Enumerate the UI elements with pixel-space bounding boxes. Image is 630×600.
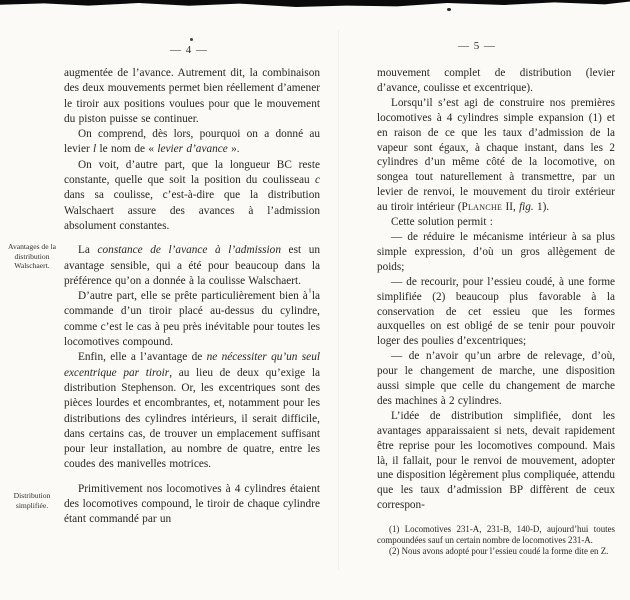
body-text: mouvement complet de distribution (levie… bbox=[377, 67, 615, 94]
scan-artifact-top-tear bbox=[0, 0, 630, 8]
body-text: — de n’avoir qu’un arbre de relevage, d’… bbox=[377, 350, 615, 407]
body-text: — de réduire le mécanisme intérieur à sa… bbox=[377, 231, 615, 273]
paragraph: La constance de l’avance à l’admission e… bbox=[64, 243, 320, 289]
paragraph: — de n’avoir qu’un arbre de relevage, d’… bbox=[377, 349, 615, 409]
body-text: Primitivement nos locomotives à 4 cylind… bbox=[64, 483, 320, 526]
body-text: L’idée de distribution simplifiée, dont … bbox=[377, 410, 615, 511]
page-number-left: — 4 — bbox=[64, 44, 314, 56]
paragraph: augmentée de l’avance. Autrement dit, la… bbox=[64, 66, 320, 127]
page-gutter-shadow bbox=[338, 30, 339, 570]
body-text: ». bbox=[228, 143, 240, 155]
paragraph: — de recourir, pour l’essieu coudé, à un… bbox=[377, 275, 615, 350]
italic-text: c bbox=[315, 174, 320, 186]
body-text: 1). bbox=[534, 201, 549, 213]
body-text: La bbox=[78, 244, 98, 256]
footnotes-block: (1) Locomotives 231-A, 231-B, 140-D, auj… bbox=[377, 524, 615, 556]
book-scan: — 4 — — 5 — Avantages de la distribution… bbox=[0, 0, 630, 600]
paragraph: Cette solution permit : bbox=[377, 215, 615, 230]
paragraph: Primitivement nos locomotives à 4 cylind… bbox=[64, 482, 320, 528]
paragraph: Enfin, elle a l’avantage de ne nécessite… bbox=[64, 350, 320, 472]
paragraph: L’idée de distribution simplifiée, dont … bbox=[377, 409, 615, 513]
paragraph: D’autre part, elle se prête particulière… bbox=[64, 289, 320, 350]
page-right-text-column: mouvement complet de distribution (levie… bbox=[377, 66, 615, 557]
body-text: le nom de « bbox=[96, 143, 157, 155]
scan-speck bbox=[447, 8, 451, 11]
footnote: (2) Nous avons adopté pour l’essieu coud… bbox=[377, 546, 615, 557]
body-text: — de recourir, pour l’essieu coudé, à un… bbox=[377, 276, 615, 348]
italic-text: constance de l’avance à l’admission bbox=[98, 244, 281, 256]
paragraph: Lorsqu’il s’est agi de construire nos pr… bbox=[377, 96, 615, 215]
body-text: D’autre part, elle se prête particulière… bbox=[64, 290, 320, 348]
page-number-right: — 5 — bbox=[372, 40, 582, 52]
smallcaps-text: Planche bbox=[461, 201, 502, 213]
body-text: Enfin, elle a l’avantage de bbox=[78, 351, 207, 363]
body-text: II, bbox=[502, 201, 519, 213]
paragraph: On voit, d’autre part, que la longueur B… bbox=[64, 158, 320, 234]
paragraph: mouvement complet de distribution (levie… bbox=[377, 66, 615, 96]
margin-note-avantages: Avantages de la distribution Walschaert. bbox=[2, 242, 62, 271]
page-left-text-column: augmentée de l’avance. Autrement dit, la… bbox=[64, 66, 320, 528]
italic-text: fig. bbox=[519, 201, 534, 213]
margin-note-distribution-simplifiee: Distribution simplifiée. bbox=[2, 491, 62, 510]
body-text: Lorsqu’il s’est agi de construire nos pr… bbox=[377, 97, 615, 213]
paragraph: — de réduire le mécanisme intérieur à sa… bbox=[377, 230, 615, 275]
body-text: On voit, d’autre part, que la longueur B… bbox=[64, 159, 320, 186]
body-text: Cette solution permit : bbox=[391, 216, 493, 228]
body-text: dans sa coulisse, c’est-à-dire que la di… bbox=[64, 189, 320, 232]
body-text: augmentée de l’avance. Autrement dit, la… bbox=[64, 67, 320, 125]
scan-speck bbox=[190, 38, 193, 41]
paragraph: On comprend, dès lors, pourquoi on a don… bbox=[64, 127, 320, 158]
body-text: , au lieu de deux qu’exige la distributi… bbox=[64, 367, 320, 471]
footnote: (1) Locomotives 231-A, 231-B, 140-D, auj… bbox=[377, 524, 615, 546]
italic-text: levier d’avance bbox=[157, 143, 227, 155]
